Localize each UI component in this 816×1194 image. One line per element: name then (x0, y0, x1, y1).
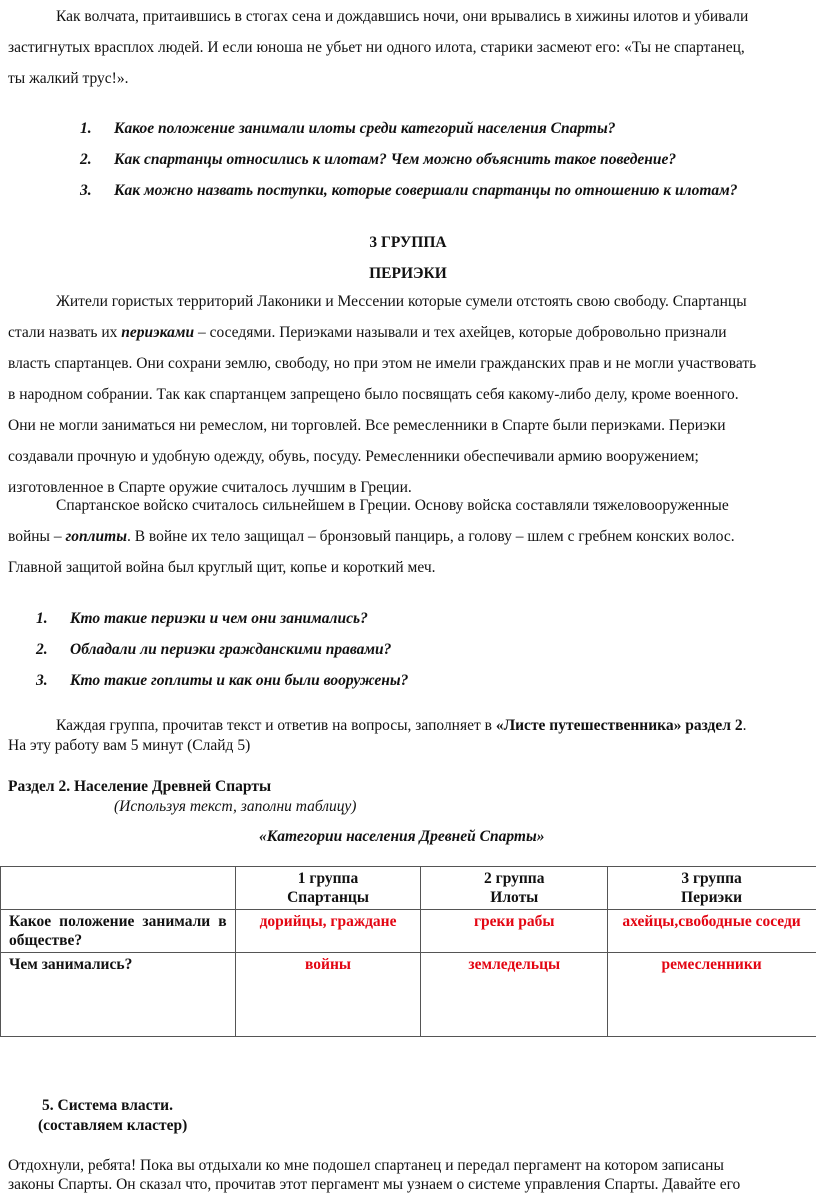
question-item: 1.Какое положение занимали илоты среди к… (80, 113, 738, 144)
table-header-row: 1 группаСпартанцы 2 группаИлоты 3 группа… (1, 867, 816, 910)
question-item: 2.Обладали ли периэки гражданскими права… (36, 634, 408, 665)
group3-questions: 1.Кто такие периэки и чем они занимались… (36, 603, 408, 696)
section2-hint: (Используя текст, заполни таблицу) (114, 797, 356, 816)
group2-questions: 1.Какое положение занимали илоты среди к… (80, 113, 738, 206)
table-header-cell: 3 группаПериэки (608, 867, 816, 910)
answer-cell: войны (235, 953, 421, 1037)
section5-subtitle: (составляем кластер) (38, 1116, 187, 1135)
question-item: 3.Как можно назвать поступки, которые со… (80, 175, 738, 206)
answer-cell: дорийцы, граждане (235, 910, 421, 953)
section2-title: Раздел 2. Население Древней Спарты (8, 777, 271, 796)
answer-cell: земледельцы (421, 953, 608, 1037)
intro-line-3: ты жалкий трус!». (8, 70, 128, 87)
intro-line-2: застигнутых врасплох людей. И если юноша… (8, 39, 745, 56)
answer-cell: греки рабы (421, 910, 608, 953)
intro-line-1: Как волчата, притаившись в стогах сена и… (56, 8, 748, 25)
table-header-cell (1, 867, 236, 910)
group3-heading: 3 ГРУППА (0, 227, 816, 258)
question-item: 1.Кто такие периэки и чем они занимались… (36, 603, 408, 634)
table-row: Какое положение занимали в обществе? дор… (1, 910, 816, 953)
group3-subheading: ПЕРИЭКИ (0, 258, 816, 289)
row-label: Какое положение занимали в обществе? (1, 910, 236, 953)
row-label: Чем занимались? (1, 953, 236, 1037)
term-perieki: периэками (121, 324, 194, 341)
table-header-cell: 2 группаИлоты (421, 867, 608, 910)
answer-cell: ремесленники (608, 953, 816, 1037)
term-hoplites: гоплиты (65, 528, 126, 545)
question-item: 2.Как спартанцы относились к илотам? Чем… (80, 144, 738, 175)
table-header-cell: 1 группаСпартанцы (235, 867, 421, 910)
worksheet-reference: «Листе путешественника» раздел 2 (496, 717, 743, 734)
section5-title: 5. Система власти. (42, 1096, 173, 1115)
table-title: «Категории населения Древней Спарты» (259, 827, 544, 846)
answer-cell: ахейцы,свободные соседи (608, 910, 816, 953)
question-item: 3.Кто такие гоплиты и как они были воору… (36, 665, 408, 696)
population-categories-table: 1 группаСпартанцы 2 группаИлоты 3 группа… (0, 866, 816, 1037)
table-row: Чем занимались? войны земледельцы ремесл… (1, 953, 816, 1037)
